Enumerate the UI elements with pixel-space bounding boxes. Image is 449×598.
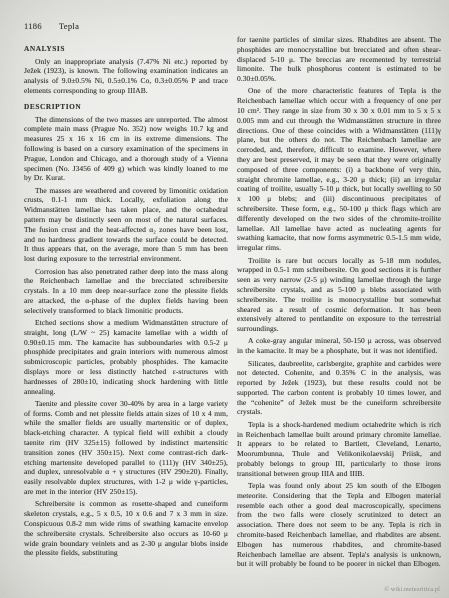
analysis-paragraph: Only an inappropriate analysis (7.47% Ni… xyxy=(24,57,228,96)
page-number: 1186 xyxy=(24,22,42,32)
description-paragraph-coke-gray-mineral: A coke-gray angular mineral, 50-150 μ ac… xyxy=(237,336,441,356)
description-paragraph-weathering: The masses are weathered and covered by … xyxy=(24,186,228,264)
description-paragraph-schreibersite-continued: for taenite particles of similar sizes. … xyxy=(237,35,441,84)
right-column: for taenite particles of similar sizes. … xyxy=(237,22,441,572)
description-paragraph-dimensions: The dimensions of the two masses are unr… xyxy=(24,115,228,184)
description-paragraph-taenite-plessite: Taenite and plessite cover 30-40% by are… xyxy=(24,399,228,497)
watermark: © wiki.meteoritica.pl xyxy=(384,587,440,593)
description-paragraph-etched-sections: Etched sections show a medium Widmanstät… xyxy=(24,318,228,396)
description-paragraph-classification: Tepla is a shock-hardened medium octahed… xyxy=(237,420,441,479)
description-paragraph-elbogen-comparison: Tepla was found only about 25 km south o… xyxy=(237,481,441,569)
scanned-document-page: 1186 Tepla ANALYSIS Only an inappropriat… xyxy=(0,0,449,598)
description-paragraph-troilite: Troilite is rare but occurs locally as 5… xyxy=(237,256,441,334)
running-head: 1186 Tepla xyxy=(24,22,228,32)
description-paragraph-schreibersite: Schreibersite is common as rosette-shape… xyxy=(24,499,228,558)
description-paragraph-reichenbach-lamellae: One of the more characteristic features … xyxy=(237,86,441,253)
running-title: Tepla xyxy=(59,22,79,32)
description-paragraph-silicates-cohenite: Silicates, daubreelite, carlsbergite, gr… xyxy=(237,359,441,418)
section-heading-description: DESCRIPTION xyxy=(24,102,228,112)
description-paragraph-corrosion: Corrosion has also penetrated rather dee… xyxy=(24,267,228,316)
two-column-layout: 1186 Tepla ANALYSIS Only an inappropriat… xyxy=(24,22,442,572)
section-heading-analysis: ANALYSIS xyxy=(24,44,228,54)
left-column: 1186 Tepla ANALYSIS Only an inappropriat… xyxy=(24,22,228,572)
